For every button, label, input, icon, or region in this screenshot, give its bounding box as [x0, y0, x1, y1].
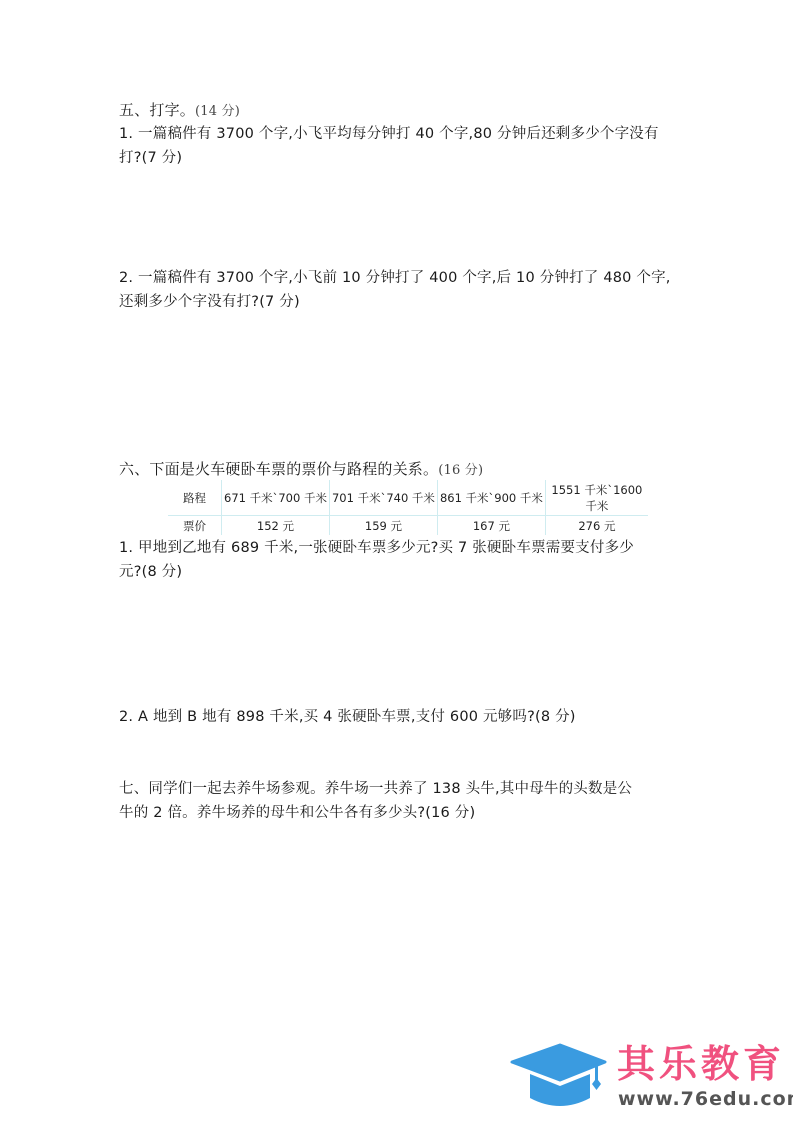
section-7-question: 七、同学们一起去养牛场参观。养牛场一共养了 138 头牛,其中母牛的头数是公 牛…: [119, 777, 679, 825]
question-5-2-line-1: 2. 一篇稿件有 3700 个字,小飞前 10 分钟打了 400 个字,后 10…: [119, 270, 671, 286]
section-6-score: (16 分): [438, 463, 483, 478]
price-cell: 159 元: [329, 516, 437, 536]
section-5-score: (14 分): [195, 104, 240, 119]
row-header-price: 票价: [168, 516, 222, 536]
section-5-heading: 五、打字。(14 分): [119, 98, 679, 124]
section-5-title: 五、打字。: [119, 101, 195, 119]
section-7-line-1: 七、同学们一起去养牛场参观。养牛场一共养了 138 头牛,其中母牛的头数是公: [119, 781, 632, 797]
price-row: 票价 152 元 159 元 167 元 276 元: [168, 516, 648, 536]
distance-cell: 701 千米`740 千米: [329, 480, 437, 516]
question-5-1-line-1: 1. 一篇稿件有 3700 个字,小飞平均每分钟打 40 个字,80 分钟后还剩…: [119, 126, 659, 142]
brand-logo: 其乐教育 www.76edu.com: [510, 1040, 785, 1115]
question-6-1-line-2: 元?(8 分): [119, 564, 182, 580]
price-cell: 276 元: [545, 516, 648, 536]
brand-name: 其乐教育: [617, 1042, 785, 1086]
question-6-1: 1. 甲地到乙地有 689 千米,一张硬卧车票多少元?买 7 张硬卧车票需要支付…: [119, 536, 679, 584]
question-5-2: 2. 一篇稿件有 3700 个字,小飞前 10 分钟打了 400 个字,后 10…: [119, 266, 679, 314]
question-6-2-line-1: 2. A 地到 B 地有 898 千米,买 4 张硬卧车票,支付 600 元够吗…: [119, 709, 576, 725]
graduation-cap-icon: [510, 1040, 610, 1115]
brand-url: www.76edu.com: [618, 1087, 793, 1111]
section-6-title: 六、下面是火车硬卧车票的票价与路程的关系。: [119, 460, 438, 478]
price-cell: 167 元: [437, 516, 545, 536]
distance-cell: 671 千米`700 千米: [222, 480, 330, 516]
question-5-1-line-2: 打?(7 分): [119, 150, 182, 166]
distance-cell: 861 千米`900 千米: [437, 480, 545, 516]
question-6-2: 2. A 地到 B 地有 898 千米,买 4 张硬卧车票,支付 600 元够吗…: [119, 705, 679, 729]
question-5-1: 1. 一篇稿件有 3700 个字,小飞平均每分钟打 40 个字,80 分钟后还剩…: [119, 122, 679, 170]
row-header-distance: 路程: [168, 480, 222, 516]
question-6-1-line-1: 1. 甲地到乙地有 689 千米,一张硬卧车票多少元?买 7 张硬卧车票需要支付…: [119, 540, 634, 556]
question-5-2-line-2: 还剩多少个字没有打?(7 分): [119, 294, 300, 310]
distance-cell: 1551 千米`1600 千米: [545, 480, 648, 516]
price-cell: 152 元: [222, 516, 330, 536]
distance-row: 路程 671 千米`700 千米 701 千米`740 千米 861 千米`90…: [168, 480, 648, 516]
fare-distance-table: 路程 671 千米`700 千米 701 千米`740 千米 861 千米`90…: [168, 480, 648, 535]
section-7-line-2: 牛的 2 倍。养牛场养的母牛和公牛各有多少头?(16 分): [119, 805, 475, 821]
